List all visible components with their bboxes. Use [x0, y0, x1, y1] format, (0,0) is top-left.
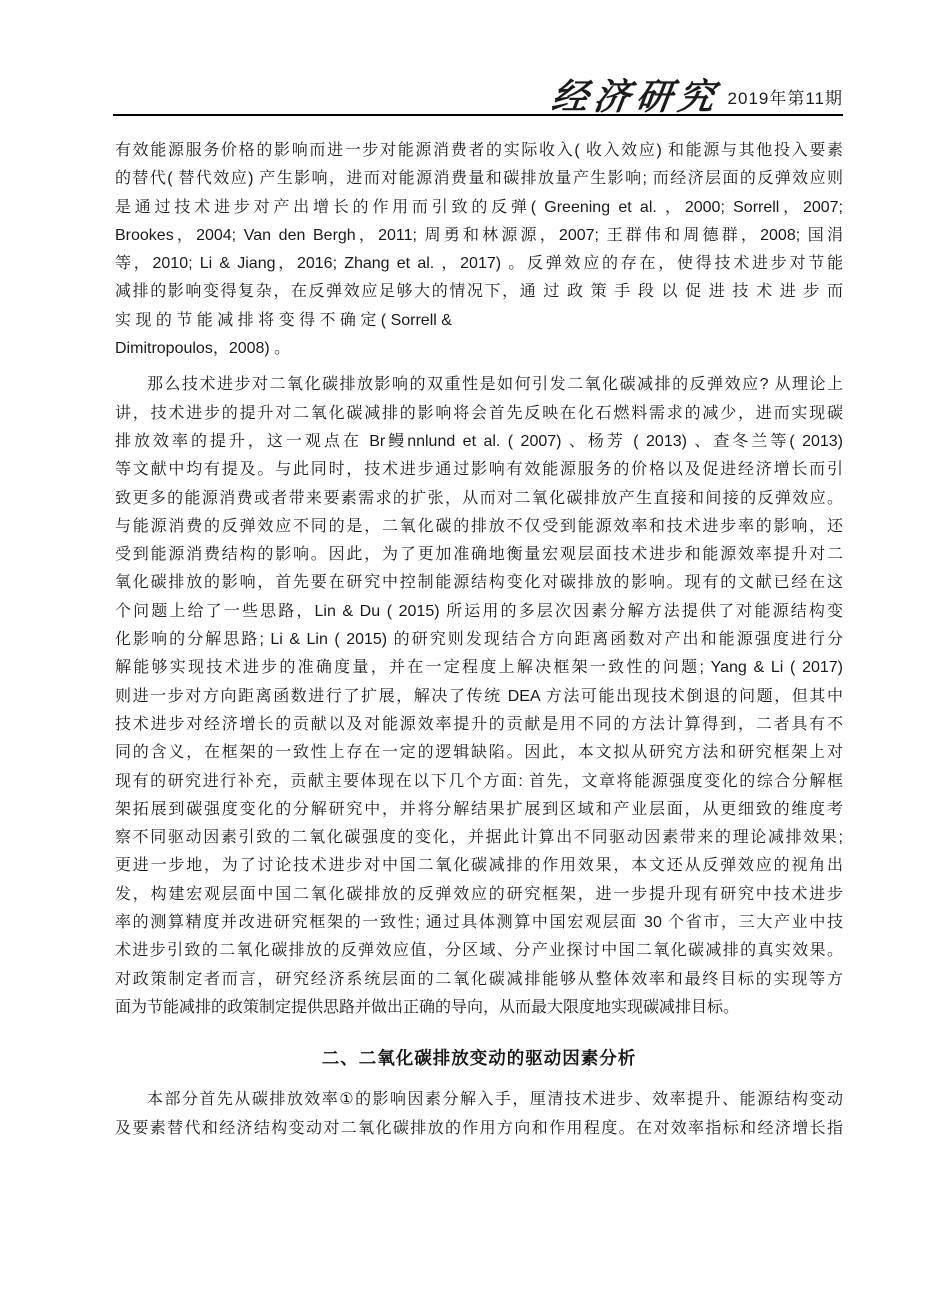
text-line: 个问题上给了一些思路，Lin & Du ( 2015) 所运用的多层次因素分解方…	[115, 598, 843, 626]
article-body: 有效能源服务价格的影响而进一步对能源消费者的实际收入( 收入效应) 和能源与其他…	[115, 137, 843, 1143]
text-line: 有效能源服务价格的影响而进一步对能源消费者的实际收入( 收入效应) 和能源与其他…	[115, 137, 843, 165]
text-line: 对政策制定者而言，研究经济系统层面的二氧化碳减排能够从整体效率和最终目标的实现等…	[115, 966, 843, 994]
text-line: 减排的影响变得复杂，在反弹效应足够大的情况下，通 过 政 策 手 段 以 促 进…	[115, 278, 843, 306]
text-line: 等，2010; Li & Jiang，2016; Zhang et al. ，2…	[115, 250, 843, 278]
text-line: 那么技术进步对二氧化碳排放影响的双重性是如何引发二氧化碳减排的反弹效应? 从理论…	[115, 371, 843, 399]
paragraph-intro: 那么技术进步对二氧化碳排放影响的双重性是如何引发二氧化碳减排的反弹效应? 从理论…	[115, 371, 843, 1022]
text-line: Dimitropoulos，2008) 。	[115, 335, 843, 363]
text-line: 等文献中均有提及。与此同时，技术进步通过影响有效能源服务的价格以及促进经济增长而…	[115, 456, 843, 484]
text-line: 的替代( 替代效应) 产生影响，进而对能源消费量和碳排放量产生影响; 而经济层面…	[115, 165, 843, 193]
masthead: 经济研究 2019年第11期	[552, 79, 843, 114]
text-line: 化影响的分解思路; Li & Lin ( 2015) 的研究则发现结合方向距离函…	[115, 626, 843, 654]
text-line: 更进一步地，为了讨论技术进步对中国二氧化碳减排的作用效果，本文还从反弹效应的视角…	[115, 852, 843, 880]
text-line: 及要素替代和经济结构变动对二氧化碳排放的作用方向和作用程度。在对效率指标和经济增…	[115, 1115, 843, 1143]
text-line: 致更多的能源消费或者带来要素需求的扩张，从而对二氧化碳排放产生直接和间接的反弹效…	[115, 485, 843, 513]
journal-logo-calligraphy: 经济研究	[549, 79, 722, 115]
text-line: 解能够实现技术进步的准确度量，并在一定程度上解决框架一致性的问题; Yang &…	[115, 654, 843, 682]
text-line: 率的测算精度并改进研究框架的一致性; 通过具体测算中国宏观层面 30 个省市，三…	[115, 909, 843, 937]
page-header: 经济研究 2019年第11期	[113, 0, 843, 116]
text-line: 讲，技术进步的提升对二氧化碳减排的影响将会首先反映在化石燃料需求的减少，进而实现…	[115, 400, 843, 428]
paragraph-continuation: 有效能源服务价格的影响而进一步对能源消费者的实际收入( 收入效应) 和能源与其他…	[115, 137, 843, 363]
text-line: 现有的研究进行补充，贡献主要体现在以下几个方面: 首先，文章将能源强度变化的综合…	[115, 768, 843, 796]
text-line: 与能源消费的反弹效应不同的是，二氧化碳的排放不仅受到能源效率和技术进步率的影响，…	[115, 513, 843, 541]
section-heading: 二、二氧化碳排放变动的驱动因素分析	[115, 1045, 843, 1071]
text-line: 受到能源消费结构的影响。因此，为了更加准确地衡量宏观层面技术进步和能源效率提升对…	[115, 541, 843, 569]
text-line: 是通过技术进步对产出增长的作用而引致的反弹( Greening et al. ，…	[115, 194, 843, 222]
text-line: Brookes，2004; Van den Bergh，2011; 周勇和林源源…	[115, 222, 843, 250]
text-line: 本部分首先从碳排放效率①的影响因素分解入手，厘清技术进步、效率提升、能源结构变动	[115, 1086, 843, 1114]
text-line: 发，构建宏观层面中国二氧化碳排放的反弹效应的研究框架，进一步提升现有研究中技术进…	[115, 881, 843, 909]
text-line: 同的含义，在框架的一致性上存在一定的逻辑缺陷。因此，本文拟从研究方法和研究框架上…	[115, 739, 843, 767]
text-line: 面为节能减排的政策制定提供思路并做出正确的导向，从而最大限度地实现碳减排目标。	[115, 994, 843, 1022]
text-line: 氧化碳排放的影响，首先要在研究中控制能源结构变化对碳排放的影响。现有的文献已经在…	[115, 569, 843, 597]
text-line: 察不同驱动因素引致的二氧化碳强度的变化，并据此计算出不同驱动因素带来的理论减排效…	[115, 824, 843, 852]
text-line: 实 现 的 节 能 减 排 将 变 得 不 确 定 ( Sorrell &	[115, 307, 843, 335]
text-line: 排放效率的提升，这一观点在 Br鳗nnlund et al. ( 2007) 、…	[115, 428, 843, 456]
text-line: 技术进步对经济增长的贡献以及对能源效率提升的贡献是用不同的方法计算得到，二者具有…	[115, 711, 843, 739]
text-line: 术进步引致的二氧化碳排放的反弹效应值，分区域、分产业探讨中国二氧化碳减排的真实效…	[115, 937, 843, 965]
paragraph-section-start: 本部分首先从碳排放效率①的影响因素分解入手，厘清技术进步、效率提升、能源结构变动…	[115, 1086, 843, 1143]
text-line: 则进一步对方向距离函数进行了扩展，解决了传统 DEA 方法可能出现技术倒退的问题…	[115, 683, 843, 711]
text-line: 架拓展到碳强度变化的分解研究中，并将分解结果扩展到区域和产业层面，从更细致的维度…	[115, 796, 843, 824]
journal-page: 经济研究 2019年第11期 有效能源服务价格的影响而进一步对能源消费者的实际收…	[0, 0, 950, 1290]
issue-label: 2019年第11期	[728, 90, 843, 113]
